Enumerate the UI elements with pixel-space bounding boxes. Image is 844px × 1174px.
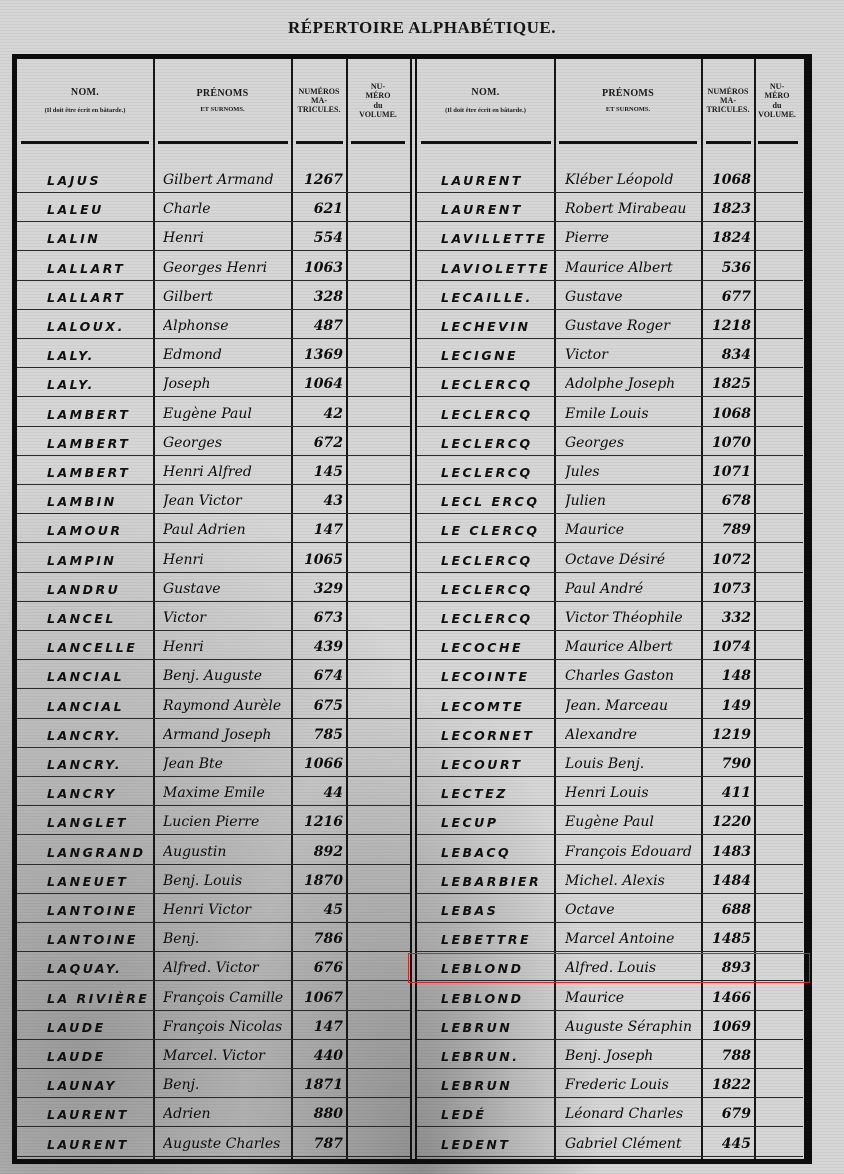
header-volume-line1: NU- — [371, 82, 385, 91]
given-names-cell: Gilbert Armand — [163, 172, 289, 188]
table-row: LANTOINEBenj.786 — [17, 922, 411, 952]
given-names-cell: Paul Adrien — [163, 522, 289, 538]
header-prenoms-sub: ET SURNOMS. — [200, 106, 244, 113]
matricule-number-cell: 1074 — [703, 639, 751, 655]
given-names-cell: François Camille — [163, 990, 289, 1006]
matricule-number-cell: 1825 — [703, 376, 751, 392]
matricule-number-cell: 1484 — [703, 873, 751, 889]
table-row: LAUDEMarcel. Victor440 — [17, 1039, 411, 1069]
matricule-number-cell: 148 — [703, 668, 751, 684]
table-row: LANGRANDAugustin892 — [17, 835, 411, 865]
table-row: LEBRUN.Benj. Joseph788 — [417, 1039, 803, 1069]
table-row: LECLERCQGeorges1070 — [417, 426, 803, 456]
table-row: LAURENTRobert Mirabeau1823 — [417, 192, 803, 222]
surname-cell: LEBARBIER — [441, 874, 551, 889]
matricule-number-cell: 411 — [703, 785, 751, 801]
matricule-number-cell: 42 — [293, 406, 343, 422]
given-names-cell: Frederic Louis — [565, 1077, 699, 1093]
header-numeros-line1: NUMÉROS — [299, 87, 340, 96]
header-volume: NU- MÉRO du VOLUME. — [755, 59, 799, 142]
surname-cell: LECLERCQ — [441, 465, 551, 480]
given-names-cell: Gabriel Clément — [565, 1136, 699, 1152]
table-row: LAMPINHenri1065 — [17, 543, 411, 573]
surname-cell: LECAILLE. — [441, 290, 551, 305]
matricule-number-cell: 1068 — [703, 406, 751, 422]
header-rule — [758, 141, 798, 144]
matricule-number-cell: 789 — [703, 522, 751, 538]
given-names-cell: Armand Joseph — [163, 727, 289, 743]
matricule-number-cell: 834 — [703, 347, 751, 363]
matricule-number-cell: 1220 — [703, 814, 751, 830]
matricule-number-cell: 147 — [293, 522, 343, 538]
given-names-cell: Henri Alfred — [163, 464, 289, 480]
surname-cell: LANTOINE — [47, 932, 151, 947]
matricule-number-cell: 1216 — [293, 814, 343, 830]
matricule-number-cell: 329 — [293, 581, 343, 597]
table-row: LALOUX.Alphonse487 — [17, 309, 411, 339]
matricule-number-cell: 45 — [293, 902, 343, 918]
matricule-number-cell: 487 — [293, 318, 343, 334]
surname-cell: LANCIAL — [47, 699, 151, 714]
surname-cell: LAUDE — [47, 1049, 151, 1064]
table-row: LAURENTKléber Léopold1068 — [417, 163, 803, 193]
matricule-number-cell: 1824 — [703, 230, 751, 246]
given-names-cell: Maurice — [565, 522, 699, 538]
surname-cell: LECLERCQ — [441, 611, 551, 626]
right-half: NOM. (Il doit être écrit en bâtarde.) PR… — [417, 59, 803, 1159]
matricule-number-cell: 673 — [293, 610, 343, 626]
header-rule — [158, 141, 288, 144]
given-names-cell: Raymond Aurèle — [163, 698, 289, 714]
matricule-number-cell: 1068 — [703, 172, 751, 188]
header-nom-note: (Il doit être écrit en bâtarde.) — [45, 107, 126, 114]
table-row: LEDÉLéonard Charles679 — [417, 1097, 803, 1127]
table-row: LECORNETAlexandre1219 — [417, 718, 803, 748]
header-volume-line2: MÉRO — [366, 91, 391, 100]
given-names-cell: Alphonse — [163, 318, 289, 334]
table-row: LANCIALRaymond Aurèle675 — [17, 689, 411, 719]
surname-cell: LAUNAY — [47, 1078, 151, 1093]
matricule-number-cell: 1870 — [293, 873, 343, 889]
given-names-cell: Augustin — [163, 844, 289, 860]
given-names-cell: Michel. Alexis — [565, 873, 699, 889]
table-row: LECL ERCQJulien678 — [417, 484, 803, 514]
table-row: LALEUCharle621 — [17, 192, 411, 222]
header-rule — [559, 141, 697, 144]
surname-cell: LALLART — [47, 261, 151, 276]
given-names-cell: Henri Victor — [163, 902, 289, 918]
surname-cell: LAMBERT — [47, 407, 151, 422]
table-row: LECLERCQOctave Désiré1072 — [417, 543, 803, 573]
matricule-number-cell: 688 — [703, 902, 751, 918]
matricule-number-cell: 1871 — [293, 1077, 343, 1093]
header-volume-line4: VOLUME. — [359, 110, 397, 119]
given-names-cell: Marcel. Victor — [163, 1048, 289, 1064]
table-row: LANTOINEHenri Victor45 — [17, 893, 411, 923]
surname-cell: LANGLET — [47, 815, 151, 830]
given-names-cell: Julien — [565, 493, 699, 509]
surname-cell: LAURENT — [47, 1137, 151, 1152]
surname-cell: LAMBERT — [47, 436, 151, 451]
table-row: LAMBERTGeorges672 — [17, 426, 411, 456]
surname-cell: LEBACQ — [441, 845, 551, 860]
given-names-cell: Alexandre — [565, 727, 699, 743]
table-row: LANCIALBenj. Auguste674 — [17, 659, 411, 689]
given-names-cell: Georges — [163, 435, 289, 451]
matricule-number-cell: 675 — [293, 698, 343, 714]
matricule-number-cell: 332 — [703, 610, 751, 626]
matricule-number-cell: 149 — [703, 698, 751, 714]
table-row: LECLERCQVictor Théophile332 — [417, 601, 803, 631]
table-row: LEBETTREMarcel Antoine1485 — [417, 922, 803, 952]
matricule-number-cell: 1822 — [703, 1077, 751, 1093]
given-names-cell: Robert Mirabeau — [565, 201, 699, 217]
table-row: LECUPEugène Paul1220 — [417, 805, 803, 835]
matricule-number-cell: 1069 — [703, 1019, 751, 1035]
surname-cell: LAVILLETTE — [441, 231, 551, 246]
table-row: LECHEVINGustave Roger1218 — [417, 309, 803, 339]
table-row: LALLARTGilbert328 — [17, 280, 411, 310]
table-row: LECOINTECharles Gaston148 — [417, 659, 803, 689]
surname-cell: LANCIAL — [47, 669, 151, 684]
matricule-number-cell: 676 — [293, 960, 343, 976]
given-names-cell: Paul André — [565, 581, 699, 597]
given-names-cell: Auguste Séraphin — [565, 1019, 699, 1035]
given-names-cell: Victor — [565, 347, 699, 363]
given-names-cell: Benj. — [163, 931, 289, 947]
surname-cell: LECL ERCQ — [441, 494, 551, 509]
given-names-cell: Alfred. Victor — [163, 960, 289, 976]
register-table: NOM. (Il doit être écrit en bâtarde.) PR… — [12, 54, 812, 1164]
matricule-number-cell: 328 — [293, 289, 343, 305]
table-row: LANGLETLucien Pierre1216 — [17, 805, 411, 835]
given-names-cell: Louis Benj. — [565, 756, 699, 772]
given-names-cell: Georges Henri — [163, 260, 289, 276]
table-row: LAQUAY.Alfred. Victor676 — [17, 951, 411, 981]
surname-cell: LAMPIN — [47, 553, 151, 568]
matricule-number-cell: 1073 — [703, 581, 751, 597]
table-row: LECLERCQEmile Louis1068 — [417, 397, 803, 427]
table-row: LEBASOctave688 — [417, 893, 803, 923]
table-row: LECLERCQPaul André1073 — [417, 572, 803, 602]
given-names-cell: Benj. Louis — [163, 873, 289, 889]
given-names-cell: Jean Bte — [163, 756, 289, 772]
header-rule — [351, 141, 405, 144]
matricule-number-cell: 787 — [293, 1136, 343, 1152]
given-names-cell: Georges — [565, 435, 699, 451]
table-row: LECIGNEVictor834 — [417, 338, 803, 368]
header-nom-note: (Il doit être écrit en bâtarde.) — [445, 107, 526, 114]
matricule-number-cell: 1485 — [703, 931, 751, 947]
given-names-cell: Auguste Charles — [163, 1136, 289, 1152]
given-names-cell: Jean Victor — [163, 493, 289, 509]
table-row: LAVILLETTEPierre1824 — [417, 221, 803, 251]
header-rule — [706, 141, 751, 144]
surname-cell: LANEUET — [47, 874, 151, 889]
header-rule — [421, 141, 551, 144]
page-title: RÉPERTOIRE ALPHABÉTIQUE. — [0, 18, 844, 38]
surname-cell: LAUDE — [47, 1020, 151, 1035]
matricule-number-cell: 1219 — [703, 727, 751, 743]
header-numeros: NUMÉROS MA- TRICULES. — [292, 59, 346, 142]
table-row: LANCELLEHenri439 — [17, 630, 411, 660]
matricule-number-cell: 788 — [703, 1048, 751, 1064]
header-prenoms-label: PRÉNOMS — [602, 88, 654, 100]
surname-cell: LAQUAY. — [47, 961, 151, 976]
given-names-cell: Kléber Léopold — [565, 172, 699, 188]
table-row: LAURENTAuguste Charles787 — [17, 1127, 411, 1157]
given-names-cell: Octave — [565, 902, 699, 918]
table-row: LA RIVIÈREFrançois Camille1067 — [17, 981, 411, 1011]
header-volume-line3: du — [374, 101, 383, 110]
matricule-number-cell: 536 — [703, 260, 751, 276]
matricule-number-cell: 678 — [703, 493, 751, 509]
given-names-cell: Adolphe Joseph — [565, 376, 699, 392]
matricule-number-cell: 1071 — [703, 464, 751, 480]
surname-cell: LEDÉ — [441, 1107, 551, 1122]
given-names-cell: Alfred. Louis — [565, 960, 699, 976]
surname-cell: LECLERCQ — [441, 377, 551, 392]
matricule-number-cell: 439 — [293, 639, 343, 655]
given-names-cell: Henri — [163, 552, 289, 568]
table-row: LECTEZHenri Louis411 — [417, 776, 803, 806]
surname-cell: LAURENT — [47, 1107, 151, 1122]
given-names-cell: Octave Désiré — [565, 552, 699, 568]
matricule-number-cell: 674 — [293, 668, 343, 684]
surname-cell: LECLERCQ — [441, 582, 551, 597]
given-names-cell: Gustave — [163, 581, 289, 597]
header-volume-line2: MÉRO — [765, 91, 790, 100]
surname-cell: LAJUS — [47, 173, 151, 188]
table-row: LANCRY.Armand Joseph785 — [17, 718, 411, 748]
surname-cell: LECUP — [441, 815, 551, 830]
matricule-number-cell: 44 — [293, 785, 343, 801]
given-names-cell: Marcel Antoine — [565, 931, 699, 947]
surname-cell: LECOMTE — [441, 699, 551, 714]
header-nom-label: NOM. — [471, 87, 499, 99]
given-names-cell: Victor — [163, 610, 289, 626]
header-numeros-line3: TRICULES. — [707, 105, 750, 114]
header-rule — [296, 141, 343, 144]
header-nom: NOM. (Il doit être écrit en bâtarde.) — [17, 59, 153, 142]
surname-cell: LEBRUN. — [441, 1049, 551, 1064]
header-prenoms-sub: ET SURNOMS. — [606, 106, 650, 113]
surname-cell: LANCRY. — [47, 728, 151, 743]
given-names-cell: Maurice — [565, 990, 699, 1006]
surname-cell: LECORNET — [441, 728, 551, 743]
given-names-cell: François Edouard — [565, 844, 699, 860]
surname-cell: LANGRAND — [47, 845, 151, 860]
matricule-number-cell: 1218 — [703, 318, 751, 334]
table-row: LANCRY.Jean Bte1066 — [17, 747, 411, 777]
surname-cell: LECLERCQ — [441, 436, 551, 451]
given-names-cell: Eugène Paul — [565, 814, 699, 830]
surname-cell: LE CLERCQ — [441, 523, 551, 538]
matricule-number-cell: 677 — [703, 289, 751, 305]
surname-cell: LEBAS — [441, 903, 551, 918]
surname-cell: LECIGNE — [441, 348, 551, 363]
surname-cell: LEDENT — [441, 1137, 551, 1152]
surname-cell: LALIN — [47, 231, 151, 246]
surname-cell: LA RIVIÈRE — [47, 991, 151, 1006]
matricule-number-cell: 1466 — [703, 990, 751, 1006]
table-row: LAVIOLETTEMaurice Albert536 — [417, 251, 803, 281]
table-row: LAMBINJean Victor43 — [17, 484, 411, 514]
surname-cell: LECLERCQ — [441, 407, 551, 422]
matricule-number-cell: 1066 — [293, 756, 343, 772]
table-row: LAMBERTEugène Paul42 — [17, 397, 411, 427]
table-row: LECOMTEJean. Marceau149 — [417, 689, 803, 719]
matricule-number-cell: 1067 — [293, 990, 343, 1006]
matricule-number-cell: 1823 — [703, 201, 751, 217]
matricule-number-cell: 1065 — [293, 552, 343, 568]
surname-cell: LANTOINE — [47, 903, 151, 918]
given-names-cell: Gustave — [565, 289, 699, 305]
header-numeros-line1: NUMÉROS — [708, 87, 749, 96]
given-names-cell: Charle — [163, 201, 289, 217]
table-row: LAMBERTHenri Alfred145 — [17, 455, 411, 485]
matricule-number-cell: 785 — [293, 727, 343, 743]
given-names-cell: Pierre — [565, 230, 699, 246]
given-names-cell: Jean. Marceau — [565, 698, 699, 714]
given-names-cell: Benj. Joseph — [565, 1048, 699, 1064]
surname-cell: LAURENT — [441, 173, 551, 188]
matricule-number-cell: 554 — [293, 230, 343, 246]
header-nom-label: NOM. — [71, 87, 99, 99]
matricule-number-cell: 892 — [293, 844, 343, 860]
surname-cell: LECHEVIN — [441, 319, 551, 334]
table-row: LALY.Edmond1369 — [17, 338, 411, 368]
table-row: LEBRUNFrederic Louis1822 — [417, 1068, 803, 1098]
left-half: NOM. (Il doit être écrit en bâtarde.) PR… — [17, 59, 411, 1159]
matricule-number-cell: 1063 — [293, 260, 343, 276]
surname-cell: LEBLOND — [441, 991, 551, 1006]
table-row: LEDENTGabriel Clément445 — [417, 1127, 803, 1157]
given-names-cell: Eugène Paul — [163, 406, 289, 422]
matricule-number-cell: 1070 — [703, 435, 751, 451]
given-names-cell: Jules — [565, 464, 699, 480]
matricule-number-cell: 790 — [703, 756, 751, 772]
given-names-cell: Maurice Albert — [565, 260, 699, 276]
table-row: LANCRYMaxime Emile44 — [17, 776, 411, 806]
surname-cell: LAURENT — [441, 202, 551, 217]
header-volume: NU- MÉRO du VOLUME. — [347, 59, 409, 142]
given-names-cell: Benj. Auguste — [163, 668, 289, 684]
matricule-number-cell: 445 — [703, 1136, 751, 1152]
surname-cell: LECOURT — [441, 757, 551, 772]
matricule-number-cell: 147 — [293, 1019, 343, 1035]
surname-cell: LAMBIN — [47, 494, 151, 509]
table-row: LEBACQFrançois Edouard1483 — [417, 835, 803, 865]
given-names-cell: Benj. — [163, 1077, 289, 1093]
given-names-cell: Lucien Pierre — [163, 814, 289, 830]
header-numeros-line3: TRICULES. — [298, 105, 341, 114]
header-prenoms-label: PRÉNOMS — [196, 88, 248, 100]
surname-cell: LECTEZ — [441, 786, 551, 801]
matricule-number-cell: 440 — [293, 1048, 343, 1064]
table-row: LECLERCQJules1071 — [417, 455, 803, 485]
header-numeros: NUMÉROS MA- TRICULES. — [702, 59, 754, 142]
given-names-cell: Henri — [163, 230, 289, 246]
table-row: LAUNAYBenj.1871 — [17, 1068, 411, 1098]
given-names-cell: Léonard Charles — [565, 1106, 699, 1122]
given-names-cell: Victor Théophile — [565, 610, 699, 626]
given-names-cell: Adrien — [163, 1106, 289, 1122]
matricule-number-cell: 672 — [293, 435, 343, 451]
given-names-cell: Gilbert — [163, 289, 289, 305]
surname-cell: LANCRY — [47, 786, 151, 801]
given-names-cell: Joseph — [163, 376, 289, 392]
given-names-cell: Edmond — [163, 347, 289, 363]
table-row: LAMOURPaul Adrien147 — [17, 513, 411, 543]
matricule-number-cell: 893 — [703, 960, 751, 976]
surname-cell: LALLART — [47, 290, 151, 305]
header-nom: NOM. (Il doit être écrit en bâtarde.) — [417, 59, 554, 142]
matricule-number-cell: 145 — [293, 464, 343, 480]
surname-cell: LEBLOND — [441, 961, 551, 976]
surname-cell: LALY. — [47, 348, 151, 363]
table-row: LECAILLE.Gustave677 — [417, 280, 803, 310]
given-names-cell: Charles Gaston — [565, 668, 699, 684]
given-names-cell: Maurice Albert — [565, 639, 699, 655]
table-row: LANCELVictor673 — [17, 601, 411, 631]
table-row: LAJUSGilbert Armand1267 — [17, 163, 411, 193]
matricule-number-cell: 1369 — [293, 347, 343, 363]
table-row: LAUDEFrançois Nicolas147 — [17, 1010, 411, 1040]
table-row: LALLARTGeorges Henri1063 — [17, 251, 411, 281]
matricule-number-cell: 1064 — [293, 376, 343, 392]
given-names-cell: Henri — [163, 639, 289, 655]
table-row: LANDRUGustave329 — [17, 572, 411, 602]
matricule-number-cell: 1483 — [703, 844, 751, 860]
surname-cell: LEBETTRE — [441, 932, 551, 947]
matricule-number-cell: 1072 — [703, 552, 751, 568]
given-names-cell: Emile Louis — [565, 406, 699, 422]
given-names-cell: Henri Louis — [565, 785, 699, 801]
table-row: LEBLONDAlfred. Louis893 — [417, 951, 803, 981]
surname-cell: LAMBERT — [47, 465, 151, 480]
table-row: LEBRUNAuguste Séraphin1069 — [417, 1010, 803, 1040]
table-row: LECLERCQAdolphe Joseph1825 — [417, 367, 803, 397]
surname-cell: LAMOUR — [47, 523, 151, 538]
table-row: LALINHenri554 — [17, 221, 411, 251]
header-volume-line1: NU- — [770, 82, 784, 91]
matricule-number-cell: 621 — [293, 201, 343, 217]
matricule-number-cell: 679 — [703, 1106, 751, 1122]
surname-cell: LALEU — [47, 202, 151, 217]
surname-cell: LEBRUN — [441, 1078, 551, 1093]
header-volume-line4: VOLUME. — [758, 110, 796, 119]
surname-cell: LANDRU — [47, 582, 151, 597]
given-names-cell: François Nicolas — [163, 1019, 289, 1035]
surname-cell: LECLERCQ — [441, 553, 551, 568]
matricule-number-cell: 786 — [293, 931, 343, 947]
matricule-number-cell: 43 — [293, 493, 343, 509]
table-row: LALY.Joseph1064 — [17, 367, 411, 397]
table-row: LEBLONDMaurice1466 — [417, 981, 803, 1011]
given-names-cell: Gustave Roger — [565, 318, 699, 334]
header-numeros-line2: MA- — [720, 96, 736, 105]
header-volume-line3: du — [773, 101, 782, 110]
header-prenoms: PRÉNOMS ET SURNOMS. — [154, 59, 291, 142]
header-prenoms: PRÉNOMS ET SURNOMS. — [555, 59, 701, 142]
center-double-rule — [410, 59, 417, 1159]
surname-cell: LALOUX. — [47, 319, 151, 334]
surname-cell: LANCEL — [47, 611, 151, 626]
surname-cell: LANCRY. — [47, 757, 151, 772]
header-numeros-line2: MA- — [311, 96, 327, 105]
table-row: LANEUETBenj. Louis1870 — [17, 864, 411, 894]
